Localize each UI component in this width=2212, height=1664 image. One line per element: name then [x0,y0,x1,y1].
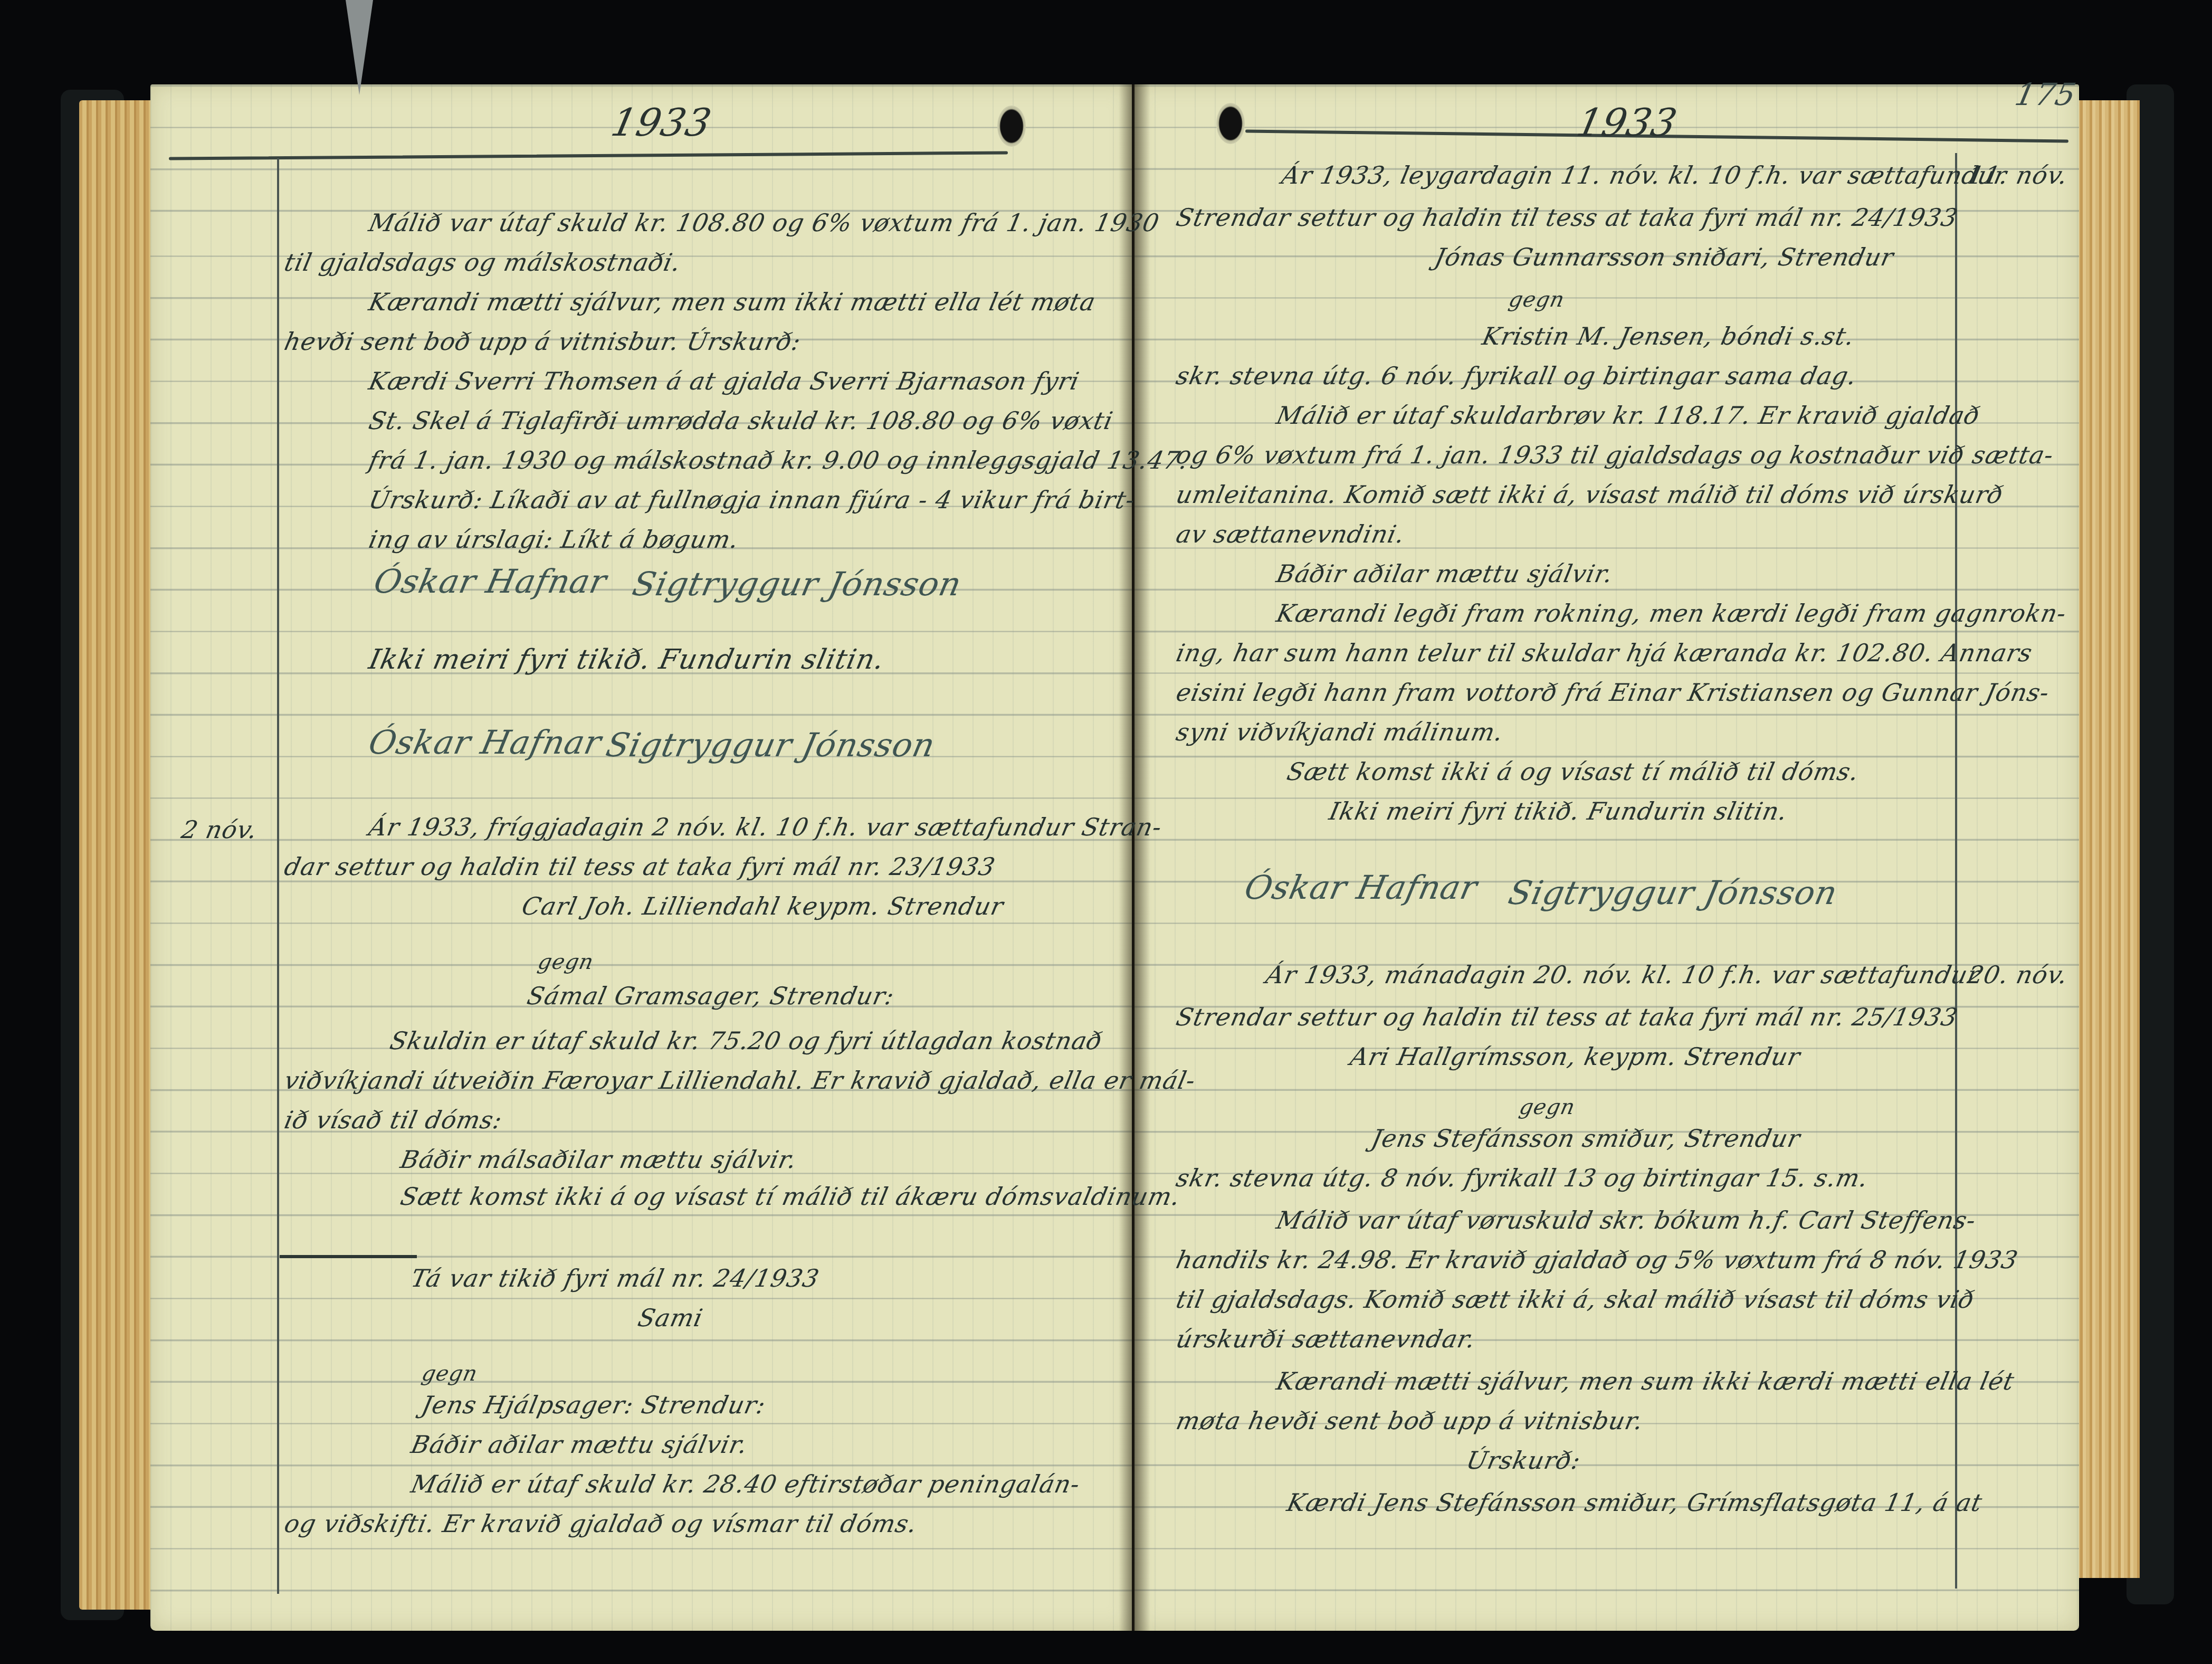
right-entry2-defendant: Jens Stefánsson smiður, Strendur [1369,1124,1803,1153]
left-entry3-line-2: Sami [635,1304,705,1332]
right-entry2-body-1: skr. stevna útg. 8 nóv. fyrikall 13 og b… [1174,1164,1871,1192]
right-entry2-plaintiff: Ari Hallgrímsson, keypm. Strendur [1348,1042,1803,1071]
left-line-3: Kærandi mætti sjálvur, men sum ikki mætt… [366,288,1098,316]
left-entry2-body-4: Báðir málsaðilar mættu sjálvir. [398,1145,799,1174]
right-entry1-body-3: og 6% vøxtum frá 1. jan. 1933 til gjalds… [1174,441,2056,469]
right-entry1-body-1: skr. stevna útg. 6 nóv. fyrikall og birt… [1174,362,1860,390]
right-entry1-line-1: Ár 1933, leygardagin 11. nóv. kl. 10 f.h… [1279,161,2009,189]
right-entry2-versus: gegn [1517,1095,1577,1119]
letter-opener-icon [346,0,373,95]
left-line-7: frá 1. jan. 1930 og málskostnað kr. 9.00… [366,446,1191,474]
left-signature-2a: Óskar Hafnar [365,723,605,762]
right-entry1-body-7: Kærandi legði fram rokning, men kærdi le… [1274,599,2069,627]
right-entry1-body-11: Sætt komst ikki á og vísast tí málið til… [1284,757,1862,786]
right-entry1-versus: gegn [1507,288,1567,312]
left-entry3-line-1: Tá var tikið fyri mál nr. 24/1933 [408,1264,822,1292]
left-line-8: Úrskurð: Líkaði av at fullnøgja innan fj… [366,486,1138,514]
left-entry2-defendant: Sámal Gramsager, Strendur: [525,982,897,1010]
right-entry1-defendant: Kristin M. Jensen, bóndi s.st. [1480,322,1857,350]
left-entry3-versus: gegn [419,1362,480,1386]
right-entry1-body-9: eisini legði hann fram vottorð frá Einar… [1174,678,2052,707]
left-entry2-line-1: Ár 1933, fríggjadagin 2 nóv. kl. 10 f.h.… [366,813,1165,841]
right-entry1-body-4: umleitanina. Komið sætt ikki á, vísast m… [1174,480,2006,509]
right-header-year: 1933 [1573,100,1681,145]
left-entry3-defendant: Jens Hjálpsager: Strendur: [419,1391,768,1419]
left-entry2-versus: gegn [536,950,596,974]
right-entry2-line-1: Ár 1933, mánadagin 20. nóv. kl. 10 f.h. … [1263,961,1982,989]
left-signature-1b: Sigtryggur Jónsson [629,565,965,603]
right-entry2-line-2: Strendar settur og haldin til tess at ta… [1174,1003,1960,1031]
right-signature-b: Sigtryggur Jónsson [1505,873,1841,912]
right-entry2-body-5: úrskurði sættanevndar. [1174,1325,1478,1353]
page-edges-right [2076,100,2140,1578]
right-entry2-body-6: Kærandi mætti sjálvur, men sum ikki kærd… [1274,1367,2017,1395]
left-entry2-body-3: ið vísað til dóms: [282,1106,505,1134]
right-entry1-line-2: Strendar settur og haldin til tess at ta… [1174,203,1960,232]
left-line-6: St. Skel á Tiglafirði umrødda skuld kr. … [366,406,1115,435]
left-line-4: hevði sent boð upp á vitnisbur. Úrskurð: [282,327,804,356]
page-number: 175 [2012,77,2080,112]
left-entry2-body-2: viðvíkjandi útveiðin Færoyar Lilliendahl… [282,1066,1198,1095]
left-entry2-body-5: Sætt komst ikki á og vísast tí málið til… [398,1182,1183,1211]
punch-hole-right [1216,103,1245,144]
right-entry1-body-12: Ikki meiri fyri tikið. Fundurin slitin. [1327,797,1790,825]
punch-hole-left [997,106,1026,147]
right-entry2-body-3: handils kr. 24.98. Er kravið gjaldað og … [1174,1245,2020,1274]
ditto-separator [280,1255,417,1258]
left-entry2-line-2: dar settur og haldin til tess at taka fy… [282,852,998,881]
left-signature-2b: Sigtryggur Jónsson [603,726,939,764]
right-page [1134,84,2079,1631]
right-signature-a: Óskar Hafnar [1241,868,1481,907]
left-line-2: til gjaldsdags og málskostnaði. [282,248,683,277]
right-entry2-body-8: Úrskurð: [1464,1446,1584,1475]
left-margin-date-2nov: 2 nóv. [179,815,260,844]
right-entry1-body-6: Báðir aðilar mættu sjálvir. [1274,559,1616,588]
right-entry1-body-10: syni viðvíkjandi málinum. [1174,718,1506,746]
right-entry2-body-2: Málið var útaf vøruskuld skr. bókum h.f.… [1274,1206,1979,1234]
right-entry1-body-8: ing, har sum hann telur til skuldar hjá … [1174,639,2035,667]
left-entry2-plaintiff: Carl Joh. Lilliendahl keypm. Strendur [519,892,1006,920]
left-closing-line: Ikki meiri fyri tikið. Fundurin slitin. [366,644,888,676]
left-line-1: Málið var útaf skuld kr. 108.80 og 6% vø… [366,208,1162,237]
left-entry3-body-2: Málið er útaf skuld kr. 28.40 eftirstøða… [408,1470,1083,1498]
right-entry2-body-9: Kærdi Jens Stefánsson smiður, Grímsflats… [1284,1488,1985,1517]
left-entry2-body-1: Skuldin er útaf skuld kr. 75.20 og fyri … [387,1026,1105,1055]
right-entry2-body-7: møta hevði sent boð upp á vitnisbur. [1174,1406,1646,1435]
right-entry1-plaintiff: Jónas Gunnarsson sniðari, Strendur [1432,243,1896,271]
right-entry1-body-2: Málið er útaf skuldarbrøv kr. 118.17. Er… [1274,401,1982,430]
left-entry3-body-3: og viðskifti. Er kravið gjaldað og vísma… [282,1509,920,1538]
left-entry3-body-1: Báðir aðilar mættu sjálvir. [408,1430,750,1459]
left-signature-1a: Óskar Hafnar [370,562,611,601]
page-edges-left [79,100,153,1610]
margin-line-left [277,158,279,1594]
book-gutter [1119,84,1150,1631]
left-line-5: Kærdi Sverri Thomsen á at gjalda Sverri … [366,367,1082,395]
left-line-9: ing av úrslagi: Líkt á bøgum. [366,525,741,554]
left-header-year: 1933 [607,100,716,145]
right-entry2-body-4: til gjaldsdags. Komið sætt ikki á, skal … [1174,1285,1977,1314]
right-entry1-body-5: av sættanevndini. [1174,520,1407,548]
